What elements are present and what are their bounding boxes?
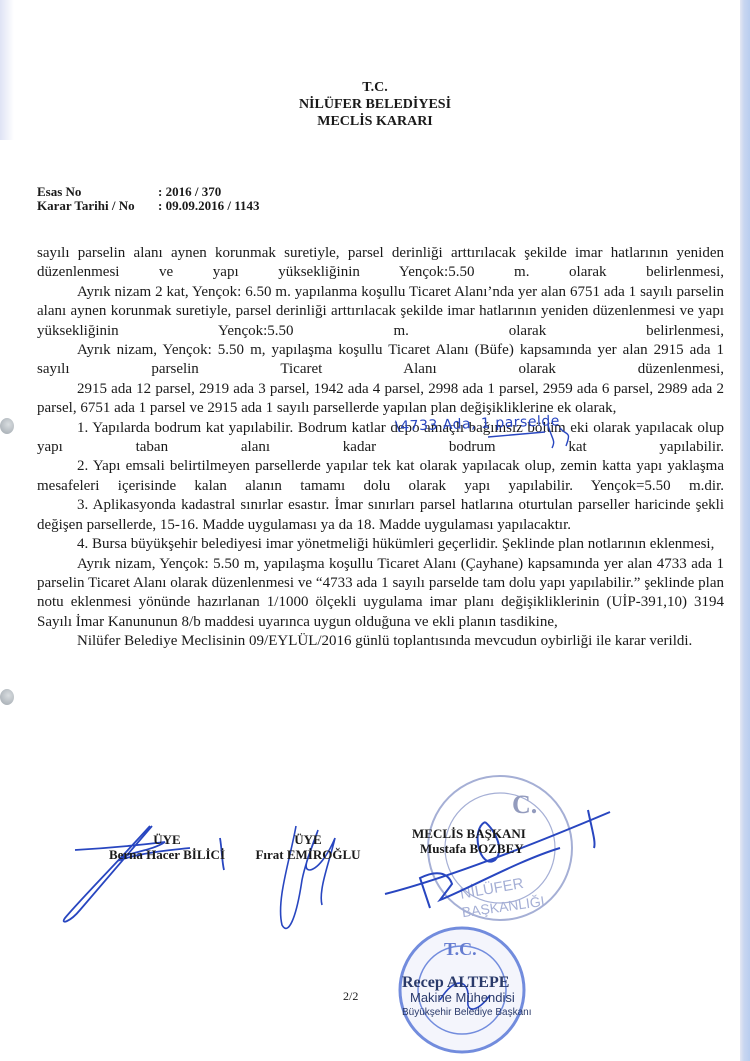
svg-text:BAŞKANLIĞI: BAŞKANLIĞI: [461, 893, 546, 920]
signature-block-president: MECLİS BAŞKANI Mustafa BOZBEY: [412, 826, 552, 856]
paragraph: 2. Yapı emsali belirtilmeyen parsellerde…: [37, 457, 724, 496]
signature-block-member-1: ÜYE Berna Hacer BİLİCİ: [82, 832, 252, 862]
page-number: 2/2: [343, 989, 358, 1004]
signatory-role: ÜYE: [82, 832, 252, 847]
paragraph: 3. Aplikasyonda kadastral sınırlar esast…: [37, 496, 724, 535]
svg-text:NİLÜFER: NİLÜFER: [459, 874, 525, 903]
paragraph: 4. Bursa büyükşehir belediyesi imar yöne…: [37, 535, 724, 554]
signatory-role: MECLİS BAŞKANI: [412, 826, 552, 841]
svg-text:T.C.: T.C.: [444, 939, 477, 959]
signature-bozbey: [385, 810, 610, 908]
signature-block-member-2: ÜYE Fırat EMİROĞLU: [238, 832, 378, 862]
header-title: MECLİS KARARI: [0, 113, 750, 130]
paragraph: Nilüfer Belediye Meclisinin 09/EYLÜL/201…: [37, 632, 724, 651]
esas-value: : 2016 / 370: [158, 185, 221, 199]
header-municipality: NİLÜFER BELEDİYESİ: [0, 96, 750, 113]
paragraph: Ayrık nizam, Yençok: 5.50 m, yapılaşma k…: [37, 341, 724, 380]
paragraph: Ayrık nizam 2 kat, Yençok: 6.50 m. yapıl…: [37, 283, 724, 341]
paragraph: 1. Yapılarda bodrum kat yapılabilir. Bod…: [37, 419, 724, 458]
esas-label: Esas No: [37, 185, 158, 199]
approval-seal-text: Recep ALTEPE Makine Mühendisi Büyükşehir…: [402, 975, 542, 1020]
signatory-role: ÜYE: [238, 832, 378, 847]
paragraph: 2915 ada 12 parsel, 2919 ada 3 parsel, 1…: [37, 380, 724, 419]
header-tc: T.C.: [0, 79, 750, 96]
seal-name: Recep ALTEPE: [402, 975, 542, 990]
decision-body: sayılı parselin alanı aynen korunmak sur…: [37, 244, 724, 652]
svg-text:C.: C.: [512, 790, 537, 819]
paragraph: sayılı parselin alanı aynen korunmak sur…: [37, 244, 724, 283]
punch-hole: [0, 418, 14, 434]
seal-office: Büyükşehir Belediye Başkanı: [402, 1005, 542, 1020]
signatory-name: Berna Hacer BİLİCİ: [82, 847, 252, 862]
signatory-name: Fırat EMİROĞLU: [238, 847, 378, 862]
punch-hole: [0, 689, 14, 705]
scan-edge-right: [740, 0, 750, 1061]
karar-label: Karar Tarihi / No: [37, 199, 158, 213]
paragraph: Ayrık nizam, Yençok: 5.50 m, yapılaşma k…: [37, 555, 724, 633]
seal-title: Makine Mühendisi: [402, 990, 542, 1005]
karar-value: : 09.09.2016 / 1143: [158, 199, 259, 213]
signatory-name: Mustafa BOZBEY: [412, 841, 552, 856]
decision-meta: Esas No : 2016 / 370 Karar Tarihi / No :…: [37, 185, 259, 213]
